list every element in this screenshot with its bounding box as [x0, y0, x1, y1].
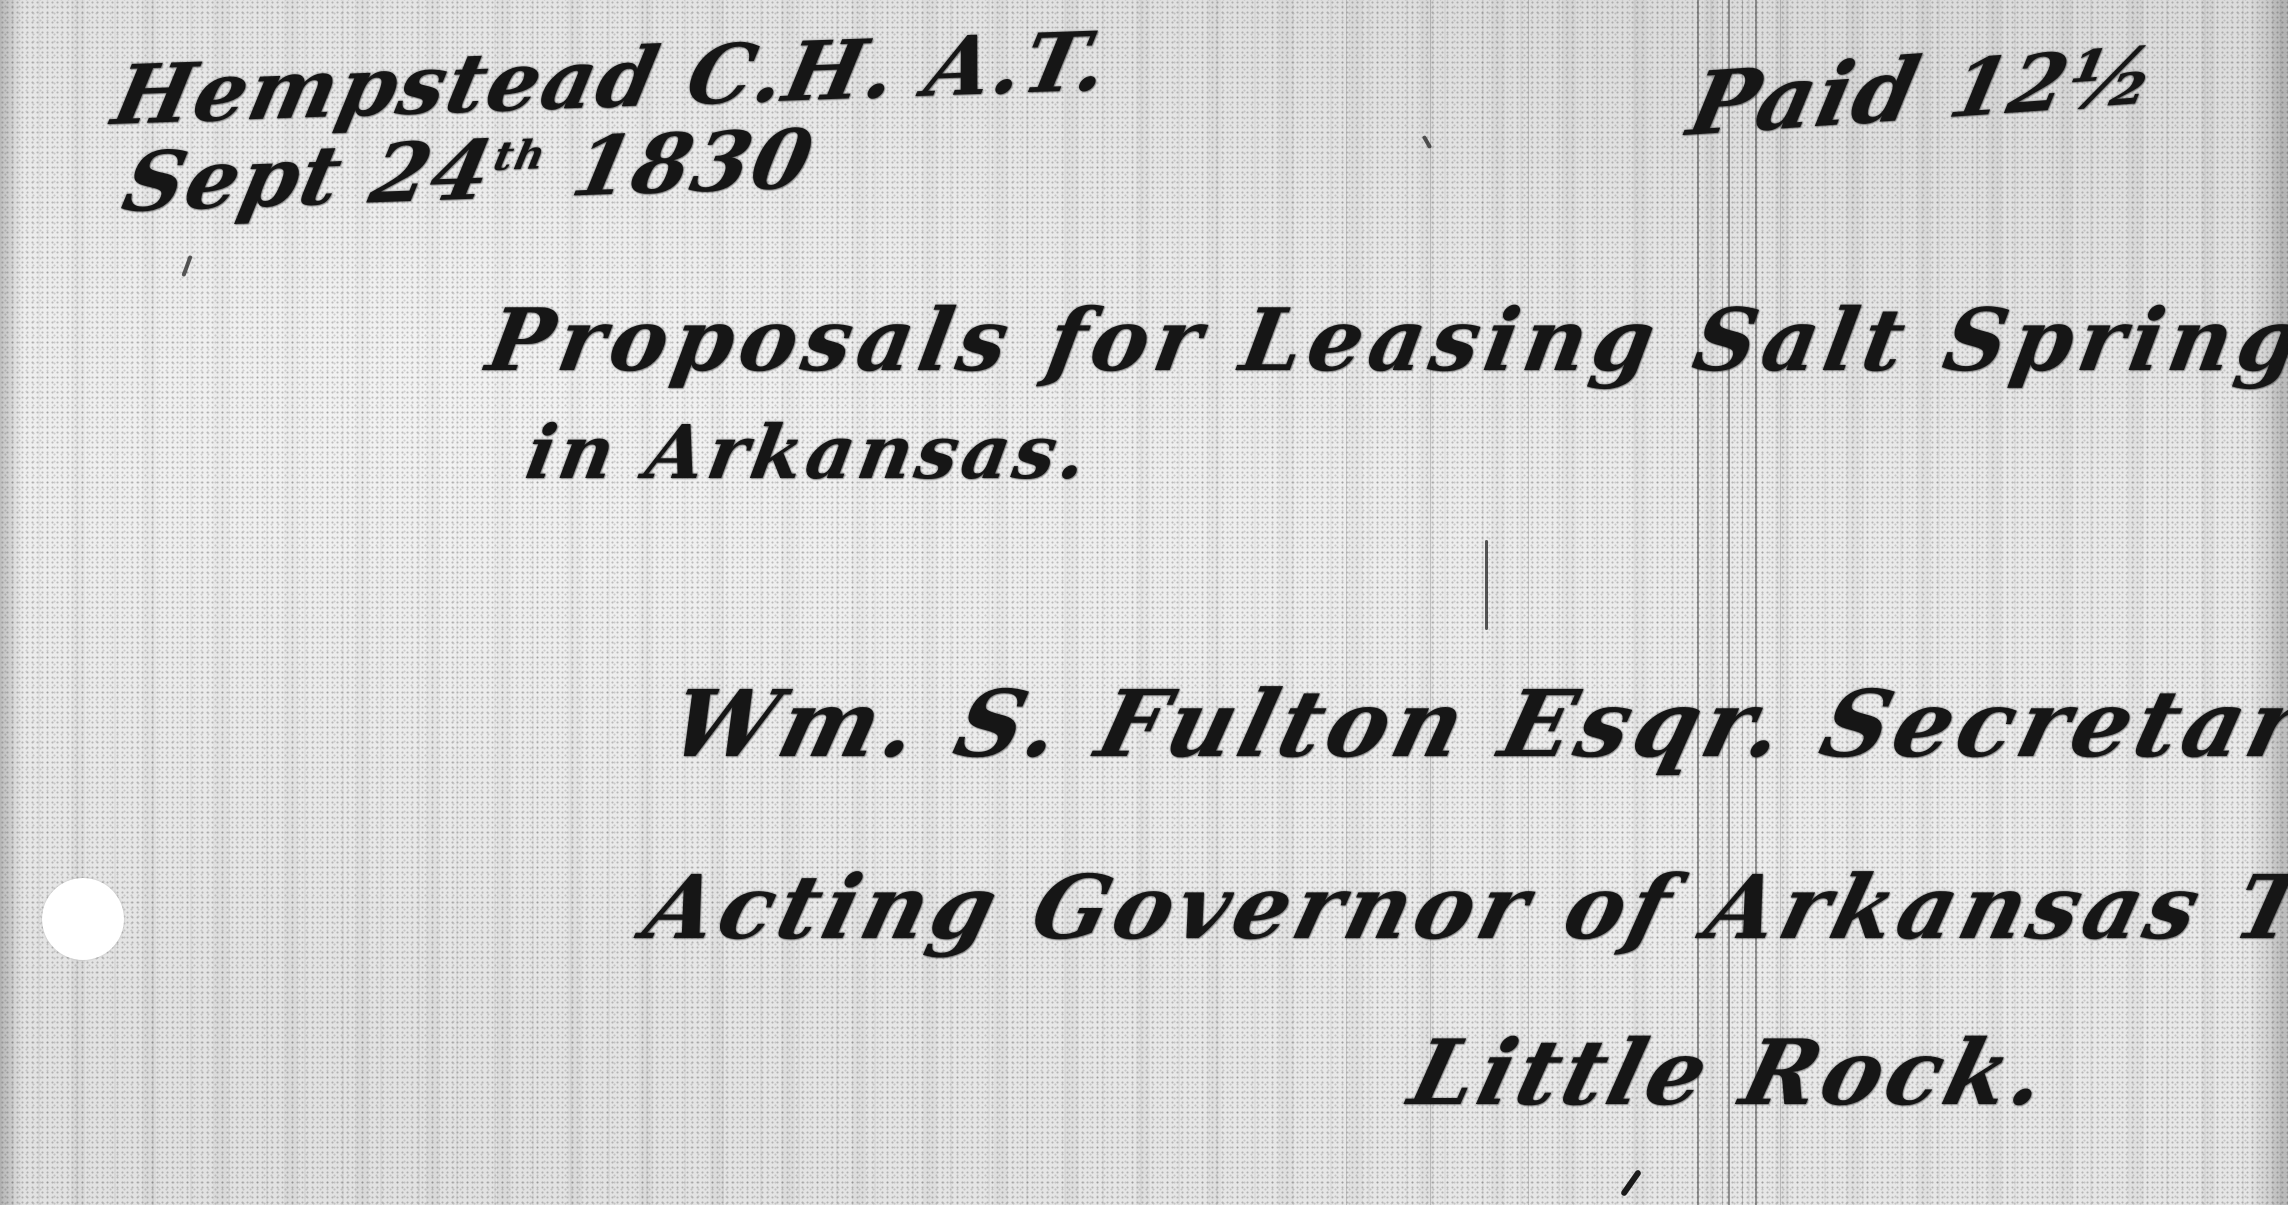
postage-label: Paid — [1680, 37, 1930, 156]
date-month: Sept — [115, 128, 352, 231]
date-day: 24 — [362, 122, 502, 222]
postage-amount: 12½ — [1941, 28, 2166, 136]
left-scan-edge — [0, 0, 24, 1205]
addressee-line-3: Little Rock. — [1400, 1020, 2061, 1126]
date-suffix: th — [489, 131, 551, 180]
right-scan-edge — [2248, 0, 2288, 1205]
addressee-line-2: Acting Governor of Arkansas Territory — [635, 855, 2288, 959]
check-mark — [1620, 1169, 1642, 1197]
postage-mark: Paid 12½ — [1680, 20, 2168, 156]
date-year: 1830 — [564, 111, 823, 215]
stray-mark — [1485, 540, 1488, 630]
subject-line-1: Proposals for Leasing Salt Springs — [480, 290, 2288, 391]
addressee-line-1: Wm. S. Fulton Esqr. Secretary & — [660, 670, 2288, 778]
punch-hole — [42, 878, 124, 960]
fold-line — [1346, 0, 1347, 1205]
scanned-document: Hempstead C.H. A.T. Sept 24th 1830 Paid … — [0, 0, 2288, 1205]
subject-line-2: in Arkansas. — [520, 410, 1097, 496]
stray-mark — [181, 255, 192, 277]
